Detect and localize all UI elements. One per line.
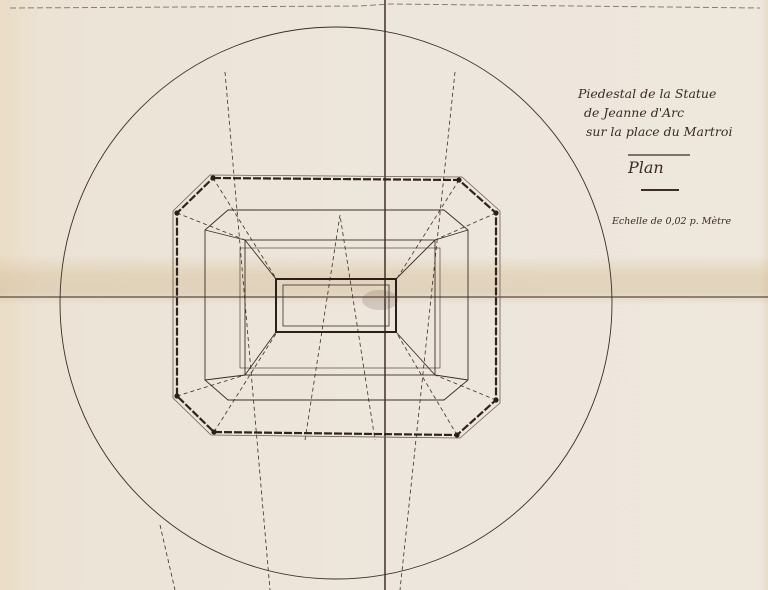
outer-circle [60,27,612,579]
plan-label: Plan [628,158,664,177]
drawing-title: Piedestal de la Statue de Jeanne d'Arc s… [578,84,732,141]
ink-stain [362,290,398,310]
inner-frame [245,240,435,375]
outer-octagon-offset [173,175,500,438]
inner-frame-offset [240,248,440,368]
drawing-sheet: Piedestal de la Statue de Jeanne d'Arc s… [0,0,768,590]
scale-note: Echelle de 0,02 p. Mètre [612,216,731,227]
